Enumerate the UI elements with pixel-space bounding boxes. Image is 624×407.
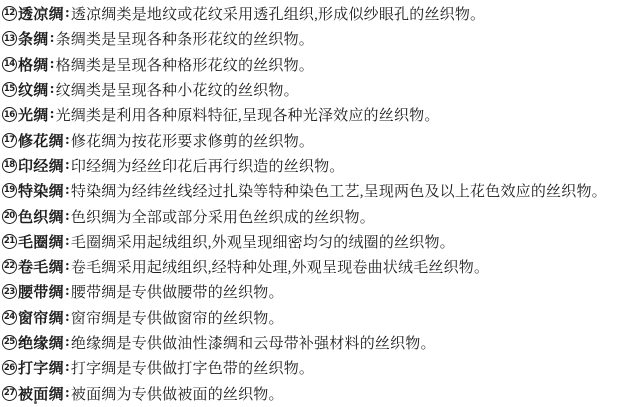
term-label: 格绸: [18, 54, 49, 75]
term-separator: :: [64, 334, 71, 351]
list-item: 16光绸:光绸类是利用各种原料特征,呈现各种光泽效应的丝织物。: [2, 102, 624, 127]
term-label: 腰带绸: [18, 281, 64, 302]
term-label: 光绸: [18, 104, 49, 125]
circled-number: 22: [2, 259, 17, 274]
term-separator: :: [64, 5, 71, 22]
circled-number: 19: [2, 183, 17, 198]
description-text: 腰带绸是专供做腰带的丝织物。: [71, 281, 284, 302]
list-item: 24窗帘绸:窗帘绸是专供做窗帘的丝织物。: [2, 305, 624, 330]
term-label: 特染绸: [18, 180, 64, 201]
term-label: 打字绸: [18, 357, 64, 378]
term-label: 绝缘绸: [18, 332, 64, 353]
list-item: 18印经绸:印经绸为经丝印花后再行织造的丝织物。: [2, 153, 624, 178]
term-separator: :: [49, 81, 56, 98]
list-item: 17修花绸:修花绸为按花形要求修剪的丝织物。: [2, 127, 624, 152]
description-text: 格绸类是呈现各种格形花纹的丝织物。: [56, 54, 314, 75]
term-separator: :: [64, 359, 71, 376]
circled-number: 12: [2, 6, 17, 21]
term-label: 透凉绸: [18, 3, 64, 24]
term-label: 卷毛绸: [18, 256, 64, 277]
term-separator: :: [64, 157, 71, 174]
circled-number: 20: [2, 209, 17, 224]
list-item: 23腰带绸:腰带绸是专供做腰带的丝织物。: [2, 279, 624, 304]
description-text: 窗帘绸是专供做窗帘的丝织物。: [71, 307, 284, 328]
circled-number: 27: [2, 386, 17, 401]
term-separator: :: [64, 309, 71, 326]
term-separator: :: [49, 30, 56, 47]
term-separator: :: [64, 182, 71, 199]
term-separator: :: [64, 258, 71, 275]
description-text: 打字绸是专供做打字色带的丝织物。: [71, 357, 314, 378]
description-text: 条绸类是呈现各种条形花纹的丝织物。: [56, 28, 314, 49]
document-page: 12透凉绸:透凉绸类是地纹或花纹采用透孔组织,形成似纱眼孔的丝织物。13条绸:条…: [0, 0, 624, 407]
term-label: 毛圈绸: [18, 231, 64, 252]
term-separator: :: [49, 56, 56, 73]
term-separator: :: [64, 233, 71, 250]
list-item: 27被面绸:被面绸为专供做被面的丝织物。: [2, 380, 624, 405]
list-item: 22卷毛绸:卷毛绸采用起绒组织,经特种处理,外观呈现卷曲状绒毛丝织物。: [2, 254, 624, 279]
list-item: 13条绸:条绸类是呈现各种条形花纹的丝织物。: [2, 26, 624, 51]
description-text: 色织绸为全部或部分采用色丝织成的丝织物。: [71, 206, 375, 227]
term-separator: :: [64, 385, 71, 402]
circled-number: 13: [2, 31, 17, 46]
circled-number: 15: [2, 82, 17, 97]
fabric-type-list: 12透凉绸:透凉绸类是地纹或花纹采用透孔组织,形成似纱眼孔的丝织物。13条绸:条…: [2, 1, 624, 406]
circled-number: 18: [2, 158, 17, 173]
list-item: 14格绸:格绸类是呈现各种格形花纹的丝织物。: [2, 52, 624, 77]
description-text: 印经绸为经丝印花后再行织造的丝织物。: [71, 155, 345, 176]
term-separator: :: [64, 132, 71, 149]
circled-number: 16: [2, 107, 17, 122]
list-item: 21毛圈绸:毛圈绸采用起绒组织,外观呈现细密均匀的绒圈的丝织物。: [2, 229, 624, 254]
description-text: 纹绸类是呈现各种小花纹的丝织物。: [56, 79, 299, 100]
list-item: 26打字绸:打字绸是专供做打字色带的丝织物。: [2, 355, 624, 380]
list-item: 20色织绸:色织绸为全部或部分采用色丝织成的丝织物。: [2, 203, 624, 228]
scan-speck: [34, 401, 37, 404]
description-text: 绝缘绸是专供做油性漆绸和云母带补强材料的丝织物。: [71, 332, 436, 353]
circled-number: 26: [2, 360, 17, 375]
term-label: 窗帘绸: [18, 307, 64, 328]
list-item: 15纹绸:纹绸类是呈现各种小花纹的丝织物。: [2, 77, 624, 102]
term-separator: :: [49, 106, 56, 123]
description-text: 被面绸为专供做被面的丝织物。: [71, 383, 284, 404]
description-text: 卷毛绸采用起绒组织,经特种处理,外观呈现卷曲状绒毛丝织物。: [71, 256, 489, 277]
circled-number: 25: [2, 335, 17, 350]
list-item: 12透凉绸:透凉绸类是地纹或花纹采用透孔组织,形成似纱眼孔的丝织物。: [2, 1, 624, 26]
description-text: 毛圈绸采用起绒组织,外观呈现细密均匀的绒圈的丝织物。: [71, 231, 455, 252]
term-label: 色织绸: [18, 206, 64, 227]
term-label: 被面绸: [18, 383, 64, 404]
description-text: 修花绸为按花形要求修剪的丝织物。: [71, 130, 314, 151]
description-text: 光绸类是利用各种原料特征,呈现各种光泽效应的丝织物。: [56, 104, 440, 125]
term-separator: :: [64, 208, 71, 225]
circled-number: 17: [2, 133, 17, 148]
term-separator: :: [64, 283, 71, 300]
description-text: 特染绸为经纬丝线经过扎染等特种染色工艺,呈现两色及以上花色效应的丝织物。: [71, 180, 607, 201]
term-label: 修花绸: [18, 130, 64, 151]
term-label: 纹绸: [18, 79, 49, 100]
circled-number: 24: [2, 310, 17, 325]
description-text: 透凉绸类是地纹或花纹采用透孔组织,形成似纱眼孔的丝织物。: [71, 3, 485, 24]
term-label: 条绸: [18, 28, 49, 49]
list-item: 19特染绸:特染绸为经纬丝线经过扎染等特种染色工艺,呈现两色及以上花色效应的丝织…: [2, 178, 624, 203]
circled-number: 21: [2, 234, 17, 249]
term-label: 印经绸: [18, 155, 64, 176]
circled-number: 14: [2, 57, 17, 72]
list-item: 25绝缘绸:绝缘绸是专供做油性漆绸和云母带补强材料的丝织物。: [2, 330, 624, 355]
circled-number: 23: [2, 284, 17, 299]
